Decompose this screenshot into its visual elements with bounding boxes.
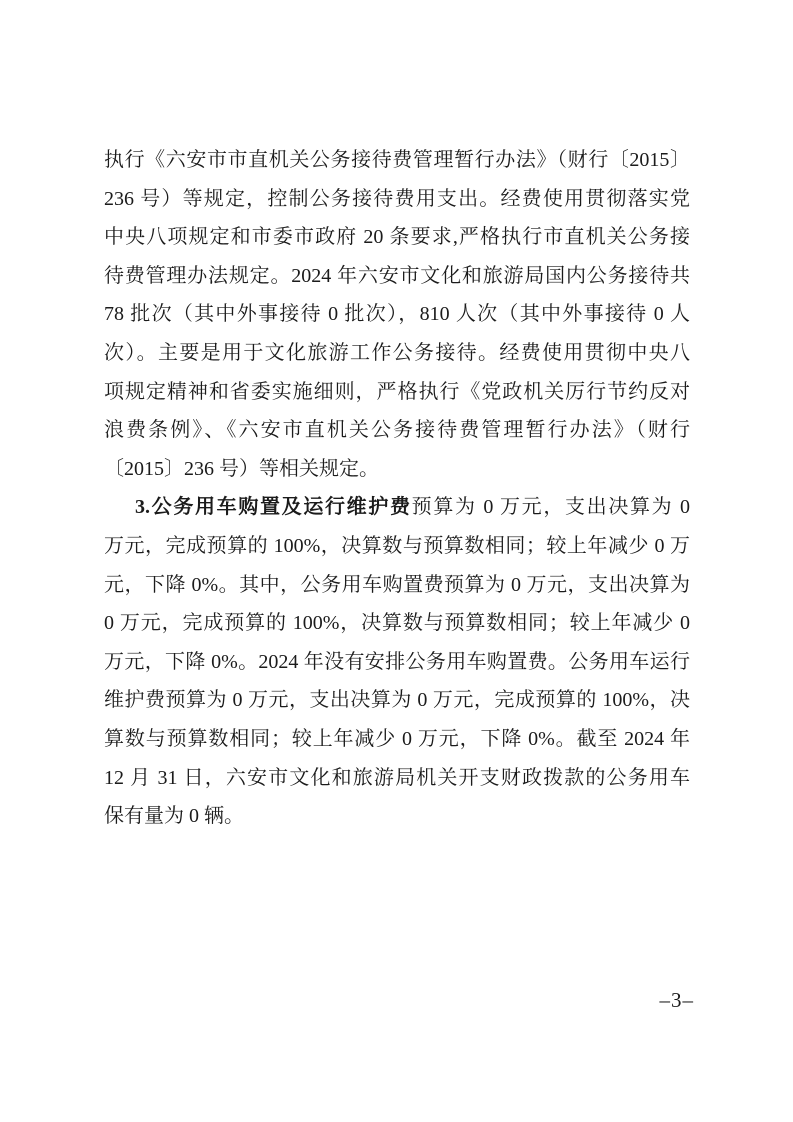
text-line: 万元，完成预算的 100%，决算数与预算数相同；较上年减少 0 万 xyxy=(104,527,690,566)
text-line: 78 批次（其中外事接待 0 批次），810 人次（其中外事接待 0 人 xyxy=(104,295,690,334)
vehicle-expense-heading: 3.公务用车购置及运行维护费 xyxy=(135,496,412,518)
text-line: 12 月 31 日，六安市文化和旅游局机关开支财政拨款的公务用车 xyxy=(104,759,690,798)
text-line: 浪费条例》、《六安市直机关公务接待费管理暂行办法》（财行 xyxy=(104,411,690,450)
text-line: 维护费预算为 0 万元，支出决算为 0 万元，完成预算的 100%，决 xyxy=(104,681,690,720)
text-line: 次）。主要是用于文化旅游工作公务接待。经费使用贯彻中央八 xyxy=(104,334,690,373)
text-line: 待费管理办法规定。2024 年六安市文化和旅游局国内公务接待共 xyxy=(104,257,690,296)
text-line: 236 号）等规定，控制公务接待费用支出。经费使用贯彻落实党 xyxy=(104,180,690,219)
text-line: 中央八项规定和市委市政府 20 条要求,严格执行市直机关公务接 xyxy=(104,218,690,257)
text-line: 保有量为 0 辆。 xyxy=(104,797,690,836)
page-number: –3– xyxy=(660,988,695,1013)
paragraph-vehicle-expenses: 3.公务用车购置及运行维护费预算为 0 万元，支出决算为 0 万元，完成预算的 … xyxy=(104,488,690,835)
document-page: 执行《六安市市直机关公务接待费管理暂行办法》（财行〔2015〕 236 号）等规… xyxy=(0,0,793,1122)
text-line: 0 万元，完成预算的 100%，决算数与预算数相同；较上年减少 0 xyxy=(104,604,690,643)
text-line: 元，下降 0%。其中，公务用车购置费预算为 0 万元，支出决算为 xyxy=(104,566,690,605)
heading-rest-text: 预算为 0 万元，支出决算为 0 xyxy=(412,496,690,518)
text-line: 执行《六安市市直机关公务接待费管理暂行办法》（财行〔2015〕 xyxy=(104,141,690,180)
text-line: 项规定精神和省委实施细则，严格执行《党政机关厉行节约反对 xyxy=(104,373,690,412)
text-line: 3.公务用车购置及运行维护费预算为 0 万元，支出决算为 0 xyxy=(104,488,690,527)
paragraph-official-reception: 执行《六安市市直机关公务接待费管理暂行办法》（财行〔2015〕 236 号）等规… xyxy=(104,141,690,488)
text-line: 〔2015〕236 号）等相关规定。 xyxy=(104,450,690,489)
text-line: 算数与预算数相同；较上年减少 0 万元，下降 0%。截至 2024 年 xyxy=(104,720,690,759)
document-body: 执行《六安市市直机关公务接待费管理暂行办法》（财行〔2015〕 236 号）等规… xyxy=(104,141,690,836)
text-line: 万元，下降 0%。2024 年没有安排公务用车购置费。公务用车运行 xyxy=(104,643,690,682)
